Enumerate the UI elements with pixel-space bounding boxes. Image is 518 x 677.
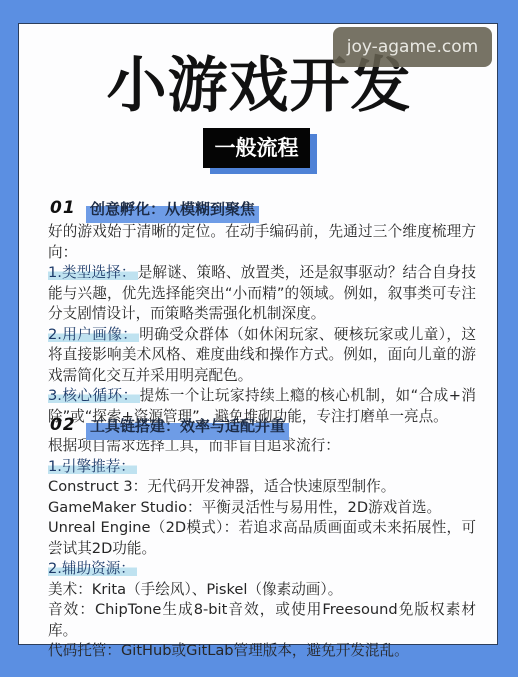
group-2-label-line: 2.辅助资源： bbox=[48, 559, 476, 580]
section-2-number: 02 bbox=[50, 415, 86, 435]
group-1-label-line: 1.引擎推荐： bbox=[48, 457, 476, 478]
engine-line: GameMaker Studio：平衡灵活性与易用性，2D游戏首选。 bbox=[48, 498, 476, 519]
group-label: 1.引擎推荐： bbox=[48, 458, 137, 475]
subtitle-badge: 一般流程 bbox=[203, 128, 310, 168]
section-1-item-1: 1.类型选择：是解谜、策略、放置类，还是叙事驱动？结合自身技能与兴趣，优先选择能… bbox=[48, 263, 476, 325]
engine-line: Unreal Engine（2D模式）：若追求高品质画面或未来拓展性，可尝试其2… bbox=[48, 518, 476, 559]
item-label: 2.用户画像： bbox=[48, 326, 139, 343]
section-2-heading: 工具链搭建：效率与适配并重 bbox=[86, 415, 289, 436]
section-1-body: 好的游戏始于清晰的定位。在动手编码前，先通过三个维度梳理方向： 1.类型选择：是… bbox=[48, 222, 476, 427]
item-label: 3.核心循环： bbox=[48, 387, 140, 404]
item-label: 1.类型选择： bbox=[48, 264, 138, 281]
section-1-intro: 好的游戏始于清晰的定位。在动手编码前，先通过三个维度梳理方向： bbox=[48, 222, 476, 263]
group-label: 2.辅助资源： bbox=[48, 560, 137, 577]
section-1-heading: 创意孵化：从模糊到聚焦 bbox=[86, 198, 259, 219]
resource-line: 美术：Krita（手绘风）、Piskel（像素动画）。 bbox=[48, 580, 476, 601]
engine-line: Construct 3：无代码开发神器，适合快速原型制作。 bbox=[48, 477, 476, 498]
section-1-header: 01 创意孵化：从模糊到聚焦 bbox=[50, 196, 259, 220]
resource-line: 音效：ChipTone生成8-bit音效，或使用Freesound免版权素材库。 bbox=[48, 600, 476, 641]
section-1-item-2: 2.用户画像：明确受众群体（如休闲玩家、硬核玩家或儿童），这将直接影响美术风格、… bbox=[48, 325, 476, 387]
section-2-heading-text: 工具链搭建：效率与适配并重 bbox=[90, 417, 285, 435]
resource-line: 代码托管：GitHub或GitLab管理版本，避免开发混乱。 bbox=[48, 641, 476, 662]
section-1-heading-text: 创意孵化：从模糊到聚焦 bbox=[90, 200, 255, 218]
section-1-number: 01 bbox=[50, 198, 86, 218]
section-2-body: 根据项目需求选择工具，而非盲目追求流行： 1.引擎推荐： Construct 3… bbox=[48, 436, 476, 662]
section-2-header: 02 工具链搭建：效率与适配并重 bbox=[50, 413, 289, 437]
subtitle-text: 一般流程 bbox=[203, 128, 310, 168]
watermark: joy-agame.com bbox=[333, 27, 492, 67]
